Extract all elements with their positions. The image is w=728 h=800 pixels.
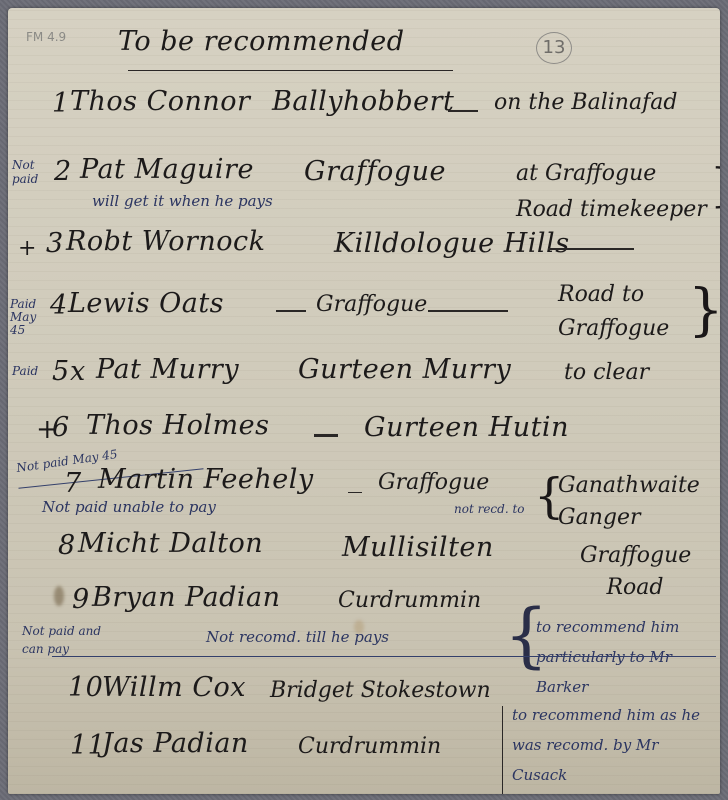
entry-note: will get it when he pays: [92, 192, 273, 210]
folio-number: 13: [536, 32, 572, 64]
entry-side-note: not recd. to: [454, 502, 525, 516]
page-heading: To be recommended: [118, 26, 404, 57]
entry-name: Thos Holmes: [86, 410, 269, 441]
entry-number: 1: [52, 88, 70, 119]
brace: }: [710, 158, 720, 212]
manuscript-page: FM 4.9 To be recommended 13 1 Thos Conno…: [8, 8, 720, 794]
entry-number: 6: [52, 412, 70, 443]
entry-name: Martin Feehely: [98, 464, 314, 495]
entry-number: 11: [70, 730, 105, 761]
entry-number: 3: [46, 228, 64, 259]
entry-townland: Gurteen Hutin: [364, 412, 569, 443]
entry-townland: Bridget Stokestown: [270, 678, 491, 703]
entry-name: Thos Connor: [70, 86, 250, 117]
column-divider: [502, 706, 503, 794]
entry-townland: Curdrummin: [338, 588, 481, 613]
entry-prefix: +: [18, 236, 36, 261]
entry-number: 10: [68, 672, 103, 703]
entry-townland: Killdologue Hills: [334, 228, 570, 259]
entry-number: 7: [64, 468, 82, 499]
entry-suffix: x: [70, 356, 86, 387]
entry-name: Robt Wornock: [66, 226, 266, 257]
entry-name: Jas Padian: [102, 728, 249, 759]
entry-name: Pat Murry: [96, 354, 239, 385]
entry-name: Willm Cox: [102, 672, 246, 703]
entry-note: Not recomd. till he pays: [206, 628, 389, 646]
ink-stain: [54, 586, 64, 606]
entry-number: 5: [52, 356, 70, 387]
entry-name: Lewis Oats: [68, 288, 224, 319]
dash: [448, 110, 478, 112]
entry-name: Bryan Padian: [92, 582, 281, 613]
entry-townland: Mullisilten: [342, 532, 494, 563]
entry-location: Graffogue Road: [580, 540, 690, 604]
entry-location: to recommend him as he was recomd. by Mr…: [512, 700, 712, 790]
margin-note: Paid May 45: [10, 298, 46, 337]
entry-location: Road to Graffogue: [558, 278, 688, 346]
entry-townland: Curdrummin: [298, 734, 441, 759]
entry-number: 4: [50, 290, 68, 321]
margin-note: Not paid: [12, 158, 42, 186]
entry-number: 8: [58, 530, 76, 561]
entry-location: to recommend him particularly to Mr Bark…: [536, 612, 720, 702]
brace: }: [688, 278, 720, 343]
entry-location: at Graffogue Road timekeeper: [516, 156, 716, 228]
entry-name: Pat Maguire: [80, 154, 254, 185]
divider-line: [52, 656, 716, 657]
entry-townland: Graffogue: [304, 156, 446, 187]
entry-location: Ganathwaite Ganger: [558, 470, 720, 534]
entry-number: 9: [72, 584, 90, 615]
heading-underline: [128, 70, 453, 71]
entry-townland: Graffogue: [316, 292, 427, 317]
entry-number: 2: [54, 156, 72, 187]
dash: [276, 310, 306, 312]
dash: [348, 492, 362, 493]
entry-townland: Graffogue: [378, 470, 489, 495]
entry-name: Micht Dalton: [78, 528, 263, 559]
dash: [428, 310, 508, 312]
dash: [548, 248, 634, 250]
entry-townland: Ballyhobbert: [272, 86, 454, 117]
entry-townland: Gurteen Murry: [298, 354, 511, 385]
archive-mark: FM 4.9: [26, 30, 66, 44]
entry-note: Not paid unable to pay: [42, 498, 216, 516]
margin-note: Paid: [12, 364, 38, 378]
entry-location: to clear: [564, 360, 649, 385]
entry-location: on the Balinafad: [494, 90, 677, 115]
dash: [314, 434, 338, 437]
margin-note: Not paid and can pay: [22, 622, 122, 658]
